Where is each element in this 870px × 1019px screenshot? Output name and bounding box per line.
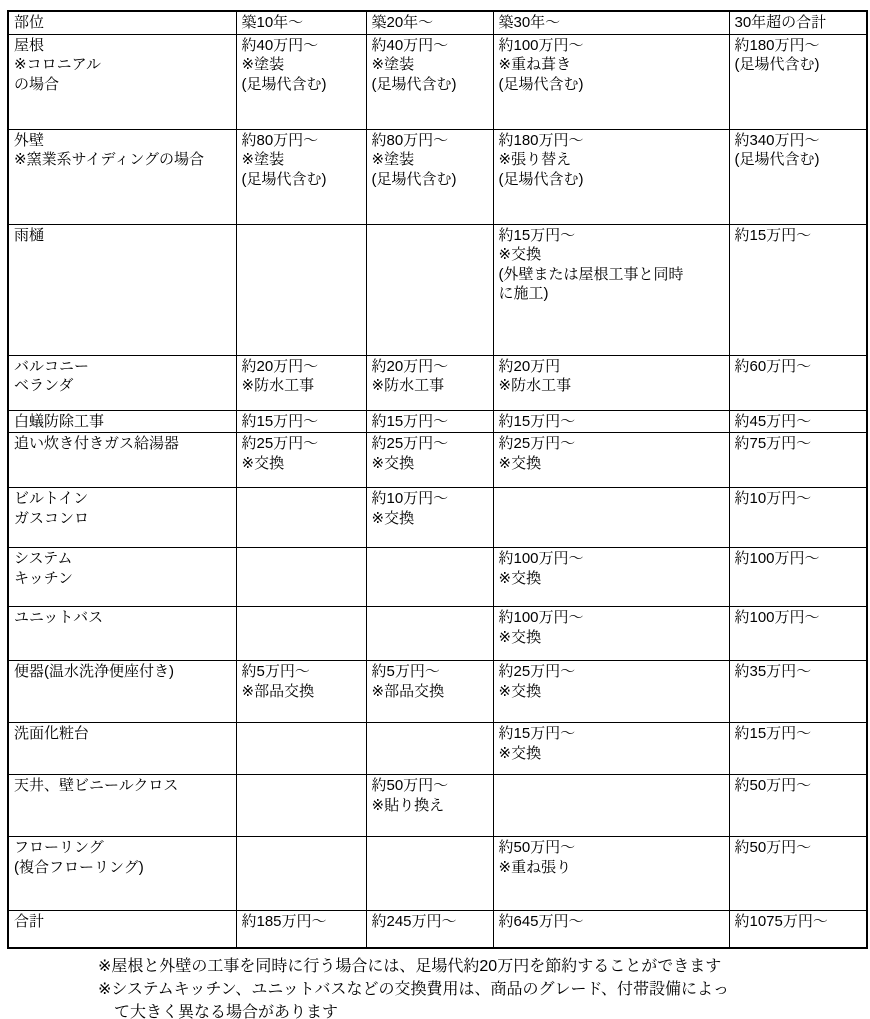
cell-part: 天井、壁ビニールクロス: [8, 775, 236, 837]
cell-total: 約340万円〜 (足場代含む): [729, 129, 867, 224]
header-part: 部位: [8, 11, 236, 34]
cell-age10: 約5万円〜 ※部品交換: [236, 661, 366, 723]
header-row: 部位 築10年〜 築20年〜 築30年〜 30年超の合計: [8, 11, 867, 34]
header-age30: 築30年〜: [493, 11, 729, 34]
cell-age20: [366, 548, 493, 607]
table-row-toilet: 便器(温水洗浄便座付き) 約5万円〜 ※部品交換 約5万円〜 ※部品交換 約25…: [8, 661, 867, 723]
table-row-grand-total: 合計 約185万円〜 約245万円〜 約645万円〜 約1075万円〜: [8, 911, 867, 948]
cell-part: ビルトイン ガスコンロ: [8, 488, 236, 548]
footnote-replacement-cost: ※システムキッチン、ユニットバスなどの交換費用は、商品のグレード、付帯設備によっ…: [98, 978, 798, 1019]
cell-age10: 約40万円〜 ※塗装 (足場代含む): [236, 34, 366, 129]
renovation-cost-table-wrap: 部位 築10年〜 築20年〜 築30年〜 30年超の合計 屋根 ※コロニアル の…: [0, 0, 870, 949]
cell-part: システム キッチン: [8, 548, 236, 607]
cell-part: 雨樋: [8, 224, 236, 355]
cell-total: 約1075万円〜: [729, 911, 867, 948]
cell-total: 約45万円〜: [729, 410, 867, 433]
table-row-exterior-wall: 外壁 ※窯業系サイディングの場合 約80万円〜 ※塗装 (足場代含む) 約80万…: [8, 129, 867, 224]
cell-age30: 約100万円〜 ※交換: [493, 548, 729, 607]
cell-total: 約100万円〜: [729, 607, 867, 661]
cell-total: 約35万円〜: [729, 661, 867, 723]
cell-age20: 約40万円〜 ※塗装 (足場代含む): [366, 34, 493, 129]
cell-age20: 約15万円〜: [366, 410, 493, 433]
table-row-unit-bath: ユニットバス 約100万円〜 ※交換 約100万円〜: [8, 607, 867, 661]
cell-age20: 約245万円〜: [366, 911, 493, 948]
cell-age10: [236, 488, 366, 548]
cell-age30: 約25万円〜 ※交換: [493, 433, 729, 488]
cell-part: 合計: [8, 911, 236, 948]
cell-part: 外壁 ※窯業系サイディングの場合: [8, 129, 236, 224]
cell-total: 約10万円〜: [729, 488, 867, 548]
cell-total: 約100万円〜: [729, 548, 867, 607]
cell-part: バルコニー ベランダ: [8, 355, 236, 410]
table-row-rain-gutter: 雨樋 約15万円〜 ※交換 (外壁または屋根工事と同時 に施工) 約15万円〜: [8, 224, 867, 355]
cell-age10: 約80万円〜 ※塗装 (足場代含む): [236, 129, 366, 224]
table-row-balcony: バルコニー ベランダ 約20万円〜 ※防水工事 約20万円〜 ※防水工事 約20…: [8, 355, 867, 410]
cell-age30: 約180万円〜 ※張り替え (足場代含む): [493, 129, 729, 224]
cell-part: 洗面化粧台: [8, 723, 236, 775]
page: { "table": { "headers": ["部位", "築10年〜", …: [0, 0, 870, 1019]
cell-age30: 約100万円〜 ※重ね葺き (足場代含む): [493, 34, 729, 129]
footnote-scaffolding: ※屋根と外壁の工事を同時に行う場合には、足場代約20万円を節約することができます: [98, 955, 798, 978]
cell-total: 約180万円〜 (足場代含む): [729, 34, 867, 129]
cell-age30: 約15万円〜 ※交換 (外壁または屋根工事と同時 に施工): [493, 224, 729, 355]
cell-age20: 約5万円〜 ※部品交換: [366, 661, 493, 723]
cell-total: 約50万円〜: [729, 775, 867, 837]
cell-age30: 約15万円〜 ※交換: [493, 723, 729, 775]
cell-part: 追い炊き付きガス給湯器: [8, 433, 236, 488]
cell-age20: [366, 224, 493, 355]
cell-age20: [366, 607, 493, 661]
cell-age20: [366, 837, 493, 911]
cell-age10: [236, 723, 366, 775]
cell-part: 白蟻防除工事: [8, 410, 236, 433]
cell-age20: 約50万円〜 ※貼り換え: [366, 775, 493, 837]
table-row-vanity: 洗面化粧台 約15万円〜 ※交換 約15万円〜: [8, 723, 867, 775]
cell-age30: 約15万円〜: [493, 410, 729, 433]
cell-age10: 約15万円〜: [236, 410, 366, 433]
renovation-cost-table: 部位 築10年〜 築20年〜 築30年〜 30年超の合計 屋根 ※コロニアル の…: [7, 10, 868, 949]
cell-age30: [493, 775, 729, 837]
cell-part: フローリング (複合フローリング): [8, 837, 236, 911]
header-age20: 築20年〜: [366, 11, 493, 34]
table-row-termite-control: 白蟻防除工事 約15万円〜 約15万円〜 約15万円〜 約45万円〜: [8, 410, 867, 433]
cell-age20: [366, 723, 493, 775]
cell-total: 約15万円〜: [729, 723, 867, 775]
table-row-ceiling-wall-cloth: 天井、壁ビニールクロス 約50万円〜 ※貼り換え 約50万円〜: [8, 775, 867, 837]
header-age10: 築10年〜: [236, 11, 366, 34]
cell-age30: 約100万円〜 ※交換: [493, 607, 729, 661]
table-row-flooring: フローリング (複合フローリング) 約50万円〜 ※重ね張り 約50万円〜: [8, 837, 867, 911]
cell-age10: 約185万円〜: [236, 911, 366, 948]
cell-age30: [493, 488, 729, 548]
cell-age30: 約25万円〜 ※交換: [493, 661, 729, 723]
cell-age20: 約10万円〜 ※交換: [366, 488, 493, 548]
cell-age10: [236, 837, 366, 911]
cell-age20: 約80万円〜 ※塗装 (足場代含む): [366, 129, 493, 224]
cell-age20: 約20万円〜 ※防水工事: [366, 355, 493, 410]
cell-part: 屋根 ※コロニアル の場合: [8, 34, 236, 129]
cell-age10: 約20万円〜 ※防水工事: [236, 355, 366, 410]
cell-age10: 約25万円〜 ※交換: [236, 433, 366, 488]
cell-age20: 約25万円〜 ※交換: [366, 433, 493, 488]
cell-age10: [236, 224, 366, 355]
table-row-system-kitchen: システム キッチン 約100万円〜 ※交換 約100万円〜: [8, 548, 867, 607]
footnotes: ※屋根と外壁の工事を同時に行う場合には、足場代約20万円を節約することができます…: [98, 955, 798, 1019]
cell-age10: [236, 548, 366, 607]
cell-age10: [236, 775, 366, 837]
table-row-builtin-gas-stove: ビルトイン ガスコンロ 約10万円〜 ※交換 約10万円〜: [8, 488, 867, 548]
cell-part: 便器(温水洗浄便座付き): [8, 661, 236, 723]
cell-total: 約50万円〜: [729, 837, 867, 911]
cell-total: 約15万円〜: [729, 224, 867, 355]
cell-part: ユニットバス: [8, 607, 236, 661]
table-row-roof: 屋根 ※コロニアル の場合 約40万円〜 ※塗装 (足場代含む) 約40万円〜 …: [8, 34, 867, 129]
table-row-gas-water-heater: 追い炊き付きガス給湯器 約25万円〜 ※交換 約25万円〜 ※交換 約25万円〜…: [8, 433, 867, 488]
cell-total: 約75万円〜: [729, 433, 867, 488]
cell-age30: 約50万円〜 ※重ね張り: [493, 837, 729, 911]
cell-age30: 約20万円 ※防水工事: [493, 355, 729, 410]
cell-age10: [236, 607, 366, 661]
cell-total: 約60万円〜: [729, 355, 867, 410]
cell-age30: 約645万円〜: [493, 911, 729, 948]
header-total-over30: 30年超の合計: [729, 11, 867, 34]
